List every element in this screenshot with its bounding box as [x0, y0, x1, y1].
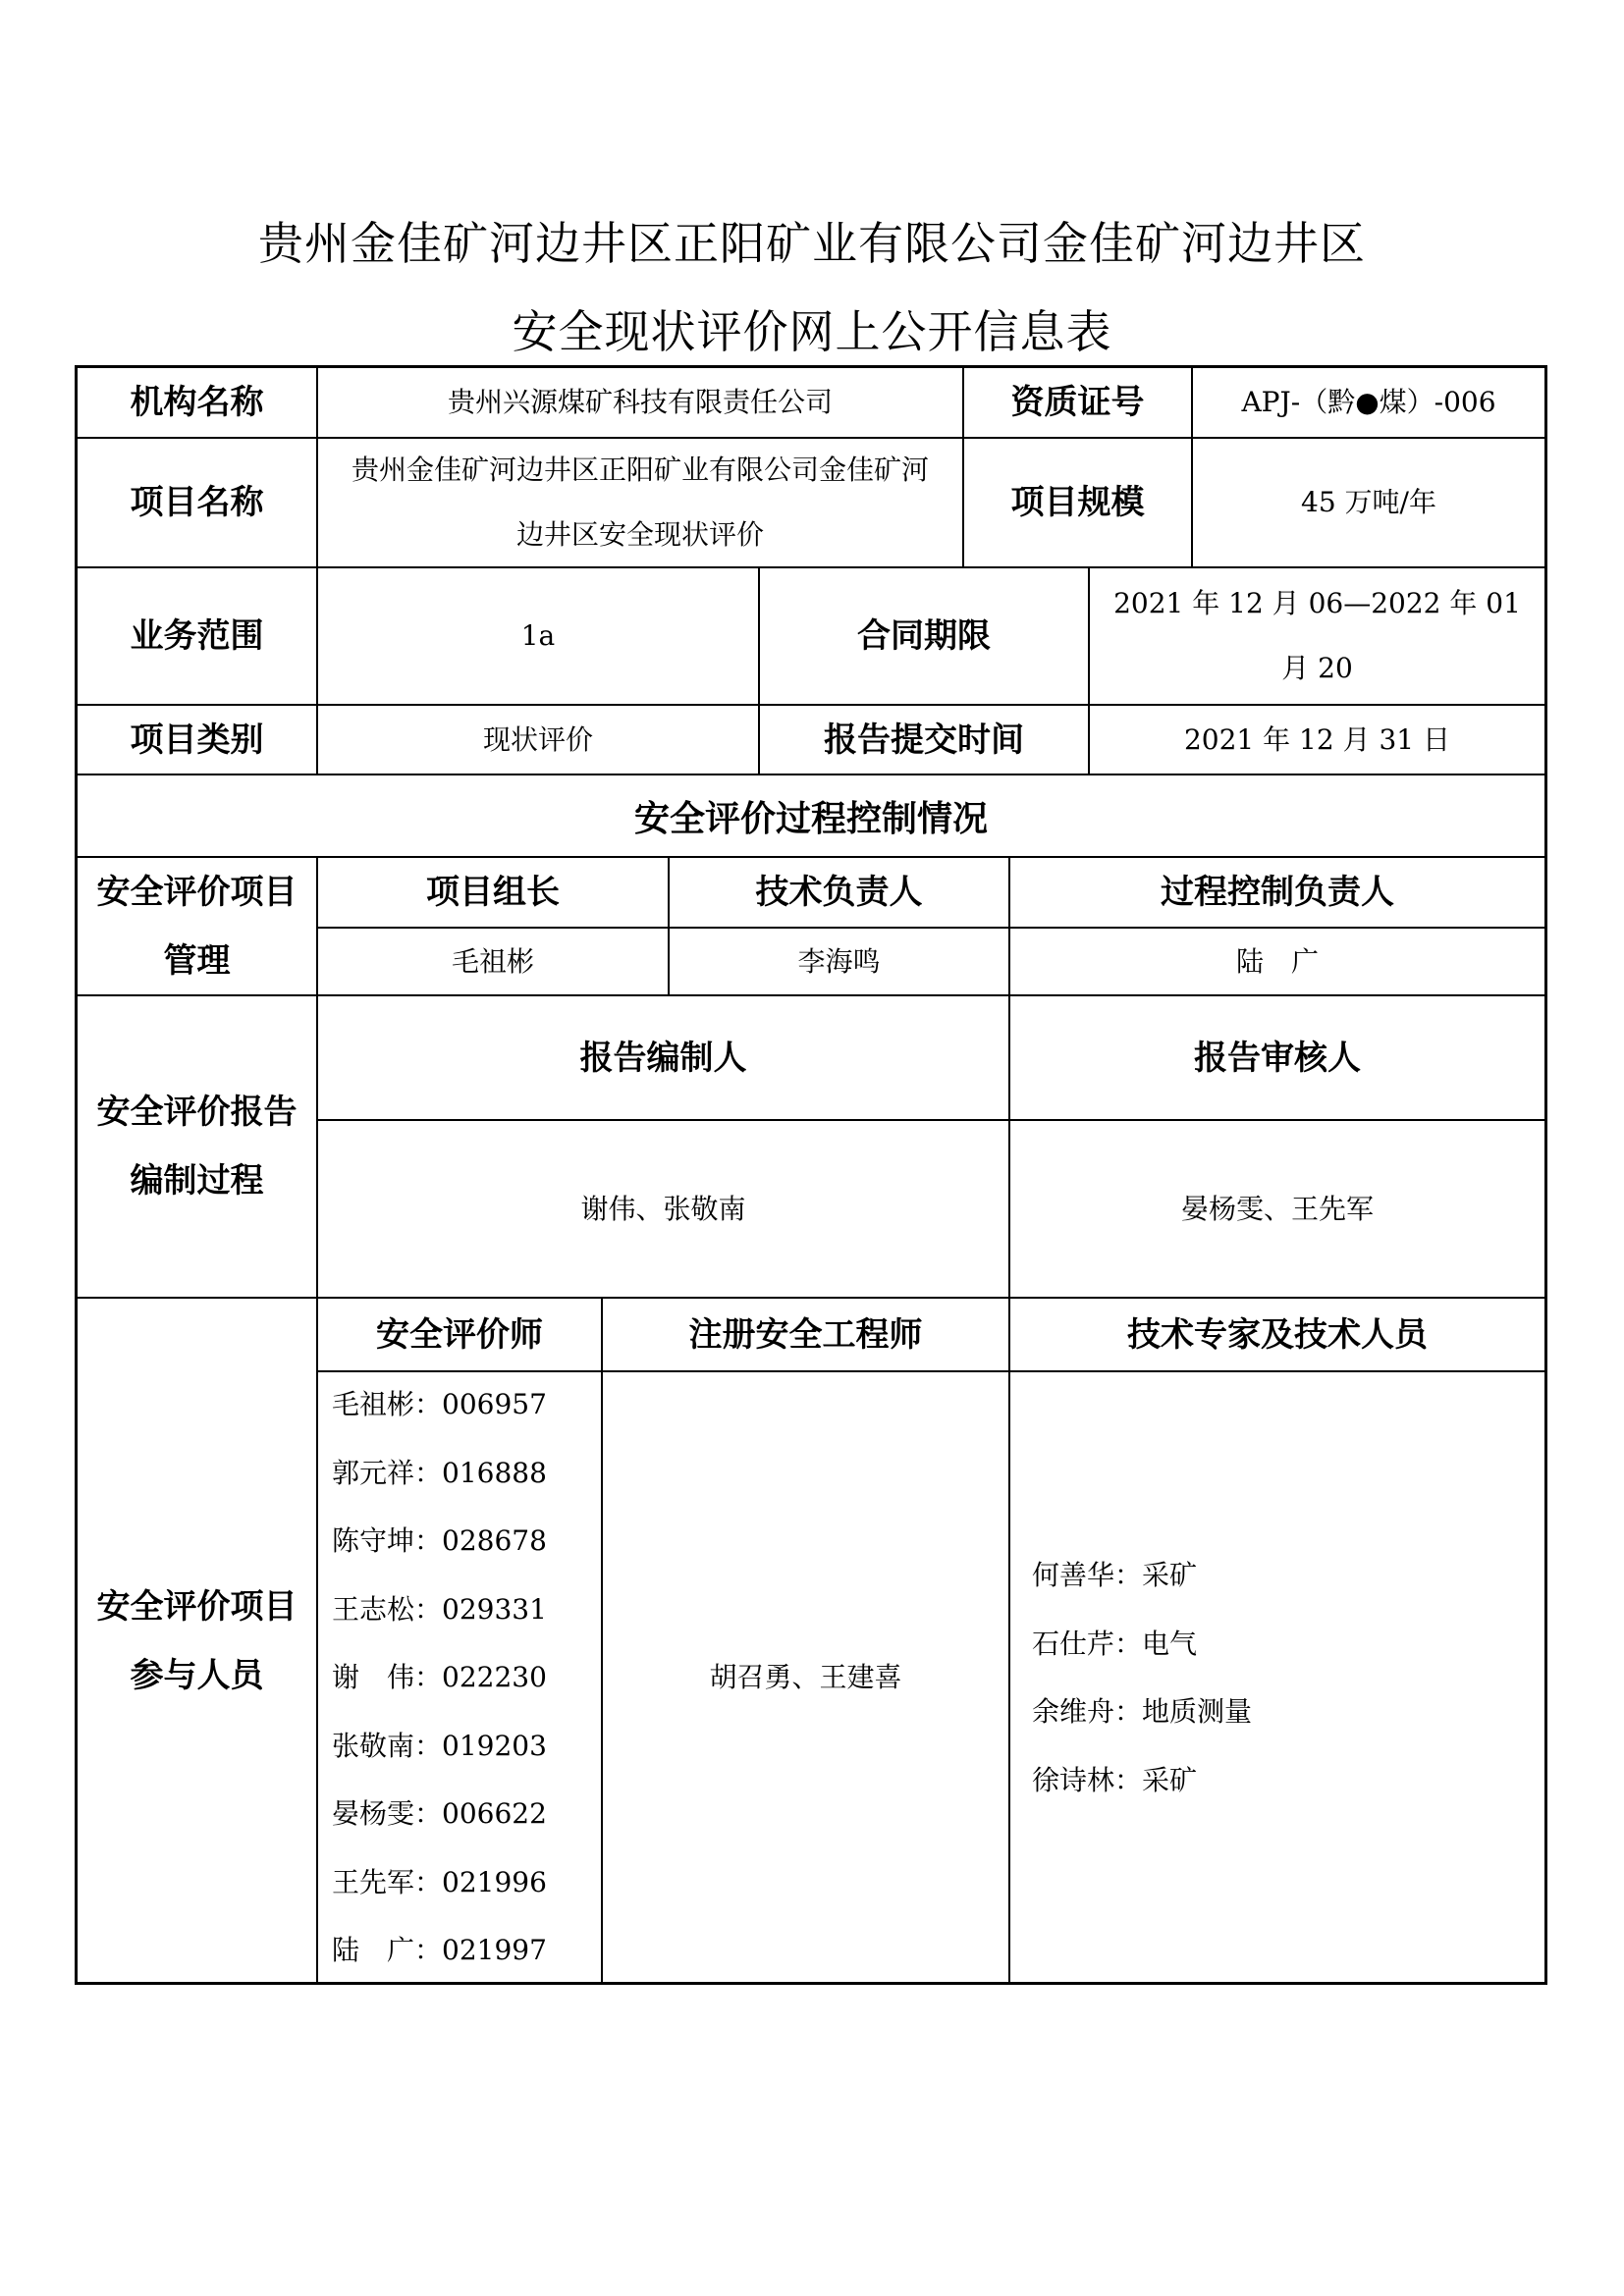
contract-period-label: 合同期限: [758, 566, 1090, 706]
management-label: 安全评价项目管理: [76, 856, 318, 996]
technical-expert-item: 石仕芹：电气: [1032, 1610, 1197, 1679]
registered-engineer-value: 胡召勇、王建喜: [601, 1370, 1010, 1985]
participants-label: 安全评价项目参与人员: [76, 1297, 318, 1985]
safety-assessor-list: 毛祖彬：006957 郭元祥：016888 陈守坤：028678 王志松：029…: [316, 1370, 603, 1985]
section-title: 安全评价过程控制情况: [76, 774, 1546, 858]
safety-assessor-item: 郭元祥：016888: [332, 1439, 547, 1508]
project-scale-label: 项目规模: [962, 437, 1193, 568]
document-title-line2: 安全现状评价网上公开信息表: [0, 296, 1624, 361]
safety-assessor-item: 王志松：029331: [332, 1575, 547, 1644]
safety-assessor-item: 陈守坤：028678: [332, 1507, 547, 1575]
report-reviewer-header: 报告审核人: [1008, 994, 1546, 1121]
project-scale-value: 45 万吨/年: [1191, 437, 1546, 568]
safety-assessor-item: 晏杨雯：006622: [332, 1780, 547, 1848]
technical-expert-list: 何善华：采矿 石仕芹：电气 余维舟：地质测量 徐诗林：采矿: [1008, 1370, 1546, 1985]
report-compiler-value: 谢伟、张敬南: [316, 1119, 1010, 1299]
participants-header-assessor: 安全评价师: [316, 1297, 603, 1372]
management-value-process: 陆 广: [1008, 927, 1546, 996]
report-submit-label: 报告提交时间: [758, 704, 1090, 775]
management-header-tech: 技术负责人: [668, 856, 1010, 929]
participants-header-engineer: 注册安全工程师: [601, 1297, 1010, 1372]
project-type-label: 项目类别: [76, 704, 318, 775]
document-title-line1: 贵州金佳矿河边井区正阳矿业有限公司金佳矿河边井区: [0, 208, 1624, 273]
business-scope-value: 1a: [316, 566, 760, 706]
management-header-process: 过程控制负责人: [1008, 856, 1546, 929]
participants-header-experts: 技术专家及技术人员: [1008, 1297, 1546, 1372]
technical-expert-item: 余维舟：地质测量: [1032, 1678, 1252, 1746]
org-name-label: 机构名称: [76, 366, 318, 439]
business-scope-label: 业务范围: [76, 566, 318, 706]
safety-assessor-item: 谢 伟：022230: [332, 1643, 547, 1712]
project-type-value: 现状评价: [316, 704, 760, 775]
safety-assessor-item: 毛祖彬：006957: [332, 1370, 547, 1439]
project-name-value: 贵州金佳矿河边井区正阳矿业有限公司金佳矿河边井区安全现状评价: [316, 437, 964, 568]
contract-period-value: 2021 年 12 月 06—2022 年 01 月 20: [1088, 566, 1546, 706]
org-name-value: 贵州兴源煤矿科技有限责任公司: [316, 366, 964, 439]
report-process-label: 安全评价报告编制过程: [76, 994, 318, 1299]
report-submit-value: 2021 年 12 月 31 日: [1088, 704, 1546, 775]
report-reviewer-value: 晏杨雯、王先军: [1008, 1119, 1546, 1299]
safety-assessor-item: 张敬南：019203: [332, 1712, 547, 1781]
management-value-leader: 毛祖彬: [316, 927, 670, 996]
management-header-leader: 项目组长: [316, 856, 670, 929]
safety-assessor-item: 陆 广：021997: [332, 1916, 547, 1985]
cert-no-label: 资质证号: [962, 366, 1193, 439]
project-name-label: 项目名称: [76, 437, 318, 568]
report-compiler-header: 报告编制人: [316, 994, 1010, 1121]
technical-expert-item: 何善华：采矿: [1032, 1541, 1197, 1610]
technical-expert-item: 徐诗林：采矿: [1032, 1746, 1197, 1815]
safety-assessor-item: 王先军：021996: [332, 1848, 547, 1917]
cert-no-value: APJ-（黔●煤）-006: [1191, 366, 1546, 439]
management-value-tech: 李海鸣: [668, 927, 1010, 996]
